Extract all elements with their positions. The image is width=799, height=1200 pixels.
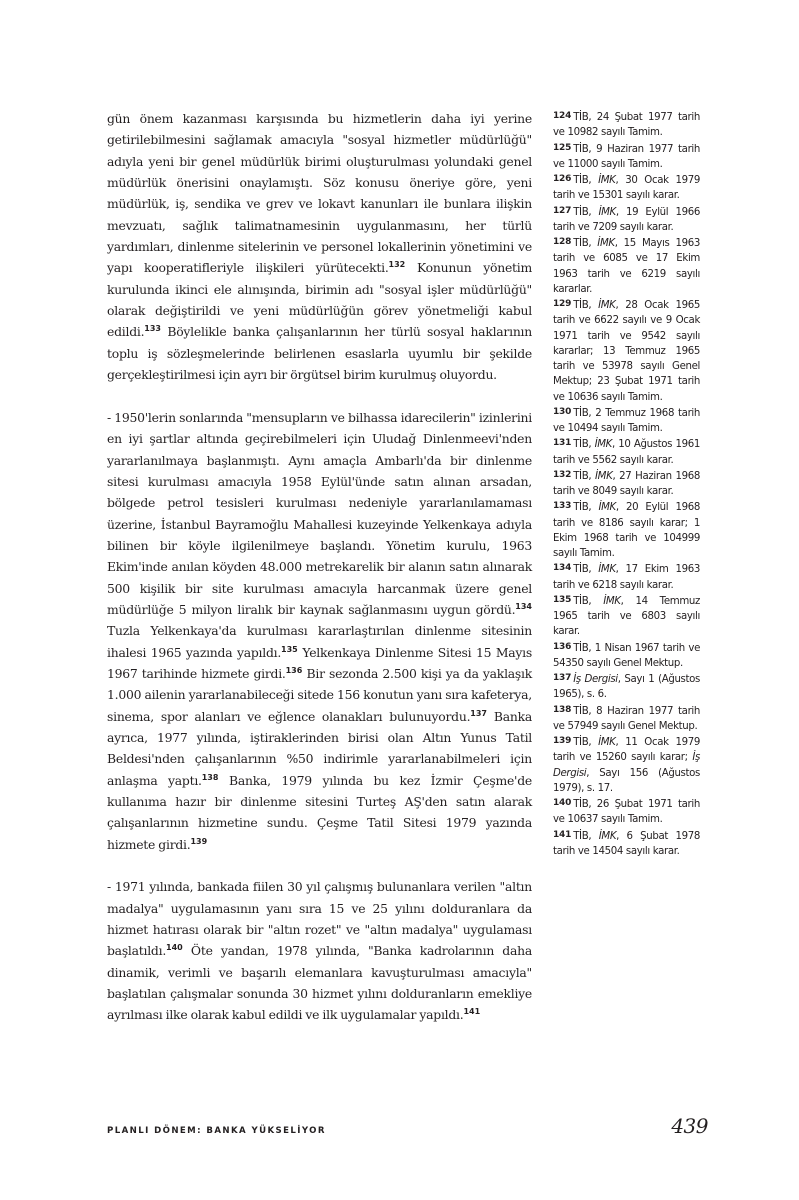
- footnote-italic-text: İMK: [598, 737, 615, 748]
- footnote-item: 124TİB, 24 Şubat 1977 tarih ve 10982 say…: [553, 109, 700, 141]
- footnote-italic-text: İMK: [595, 471, 612, 482]
- footnote-text: TİB,: [573, 564, 598, 575]
- footnote-number: 127: [553, 206, 571, 216]
- footnote-item: 132TİB, İMK, 27 Haziran 1968 tarih ve 80…: [553, 468, 700, 500]
- footnote-number: 141: [553, 830, 571, 840]
- footnote-number: 128: [553, 237, 571, 247]
- footnote-item: 137İş Dergisi, Sayı 1 (Ağustos 1965), s.…: [553, 671, 700, 703]
- footnote-number: 137: [553, 673, 571, 683]
- footnote-number: 129: [553, 299, 571, 309]
- footnote-number: 130: [553, 407, 571, 417]
- footnote-text: TİB,: [573, 831, 599, 842]
- body-paragraph: - 1971 yılında, bankada fiilen 30 yıl ça…: [107, 876, 532, 1025]
- footnote-item: 127TİB, İMK, 19 Eylül 1966 tarih ve 7209…: [553, 204, 700, 236]
- main-text-column: gün önem kazanması karşısında bu hizmetl…: [107, 108, 532, 1047]
- footnote-text: TİB, 26 Şubat 1971 tarih ve 10637 sayılı…: [553, 799, 700, 825]
- footnote-item: 135TİB, İMK, 14 Temmuz 1965 tarih ve 680…: [553, 593, 700, 640]
- footnote-number: 131: [553, 438, 571, 448]
- footnote-reference[interactable]: 137: [470, 709, 487, 718]
- footnote-item: 131TİB, İMK, 10 Ağustos 1961 tarih ve 55…: [553, 436, 700, 468]
- footnote-number: 132: [553, 470, 571, 480]
- footnote-number: 136: [553, 642, 571, 652]
- footnote-text: , 28 Ocak 1965 tarih ve 6622 sayılı ve 9…: [553, 300, 700, 403]
- footnotes-column: 124TİB, 24 Şubat 1977 tarih ve 10982 say…: [553, 109, 700, 859]
- footnote-item: 138TİB, 8 Haziran 1977 tarih ve 57949 sa…: [553, 703, 700, 735]
- footnote-italic-text: İMK: [598, 502, 615, 513]
- body-text: Böylelikle banka çalışanlarının her türl…: [107, 324, 532, 382]
- footnote-text: TİB,: [573, 596, 603, 607]
- footnote-item: 130TİB, 2 Temmuz 1968 tarih ve 10494 say…: [553, 405, 700, 437]
- footnote-text: TİB,: [573, 737, 598, 748]
- footnote-number: 125: [553, 143, 571, 153]
- footnote-italic-text: İMK: [598, 175, 615, 186]
- body-paragraph: gün önem kazanması karşısında bu hizmetl…: [107, 108, 532, 385]
- footnote-item: 128TİB, İMK, 15 Mayıs 1963 tarih ve 6085…: [553, 235, 700, 297]
- footnote-item: 136TİB, 1 Nisan 1967 tarih ve 54350 sayı…: [553, 640, 700, 672]
- footnote-text: TİB, 24 Şubat 1977 tarih ve 10982 sayılı…: [553, 112, 700, 138]
- footnote-italic-text: İMK: [599, 831, 616, 842]
- footnote-number: 138: [553, 705, 571, 715]
- footnote-reference[interactable]: 132: [389, 260, 406, 269]
- footnote-item: 125TİB, 9 Haziran 1977 tarih ve 11000 sa…: [553, 141, 700, 173]
- footnote-reference[interactable]: 140: [166, 943, 183, 952]
- footnote-reference[interactable]: 133: [144, 324, 161, 333]
- footnote-reference[interactable]: 139: [190, 837, 207, 846]
- footnote-number: 134: [553, 563, 571, 573]
- footnote-text: TİB, 1 Nisan 1967 tarih ve 54350 sayılı …: [553, 643, 700, 669]
- footnote-item: 141TİB, İMK, 6 Şubat 1978 tarih ve 14504…: [553, 828, 700, 860]
- footnote-text: TİB,: [573, 439, 594, 450]
- footnote-item: 129TİB, İMK, 28 Ocak 1965 tarih ve 6622 …: [553, 297, 700, 405]
- footnote-italic-text: İMK: [598, 207, 615, 218]
- footnote-number: 139: [553, 736, 571, 746]
- footnote-reference[interactable]: 141: [463, 1007, 480, 1016]
- footnote-text: TİB,: [573, 207, 598, 218]
- footnote-italic-text: İMK: [598, 564, 615, 575]
- footnote-item: 134TİB, İMK, 17 Ekim 1963 tarih ve 6218 …: [553, 561, 700, 593]
- footnote-text: TİB, 2 Temmuz 1968 tarih ve 10494 sayılı…: [553, 408, 700, 434]
- footnote-number: 133: [553, 501, 571, 511]
- footnote-text: TİB, 8 Haziran 1977 tarih ve 57949 sayıl…: [553, 706, 700, 732]
- footnote-item: 139TİB, İMK, 11 Ocak 1979 tarih ve 15260…: [553, 734, 700, 796]
- footnote-number: 135: [553, 595, 571, 605]
- footnote-italic-text: İş Dergisi: [573, 674, 618, 685]
- footnote-item: 140TİB, 26 Şubat 1971 tarih ve 10637 say…: [553, 796, 700, 828]
- footnote-italic-text: İMK: [595, 439, 612, 450]
- footnote-reference[interactable]: 135: [281, 645, 298, 654]
- footnote-text: TİB,: [573, 502, 598, 513]
- footnote-item: 126TİB, İMK, 30 Ocak 1979 tarih ve 15301…: [553, 172, 700, 204]
- footnote-text: TİB,: [573, 300, 598, 311]
- running-footer-title: PLANLI DÖNEM: BANKA YÜKSELİYOR: [107, 1126, 326, 1136]
- footnote-number: 126: [553, 174, 571, 184]
- footnote-text: TİB,: [573, 471, 595, 482]
- footnote-reference[interactable]: 134: [515, 602, 532, 611]
- footnote-item: 133TİB, İMK, 20 Eylül 1968 tarih ve 8186…: [553, 499, 700, 561]
- footnote-text: TİB,: [573, 238, 597, 249]
- page-number: 439: [668, 1114, 708, 1138]
- footnote-italic-text: İMK: [598, 300, 615, 311]
- footnote-text: TİB,: [573, 175, 598, 186]
- body-text: gün önem kazanması karşısında bu hizmetl…: [107, 111, 532, 275]
- body-text: - 1950'lerin sonlarında "mensupların ve …: [107, 410, 532, 617]
- footnote-reference[interactable]: 136: [286, 666, 303, 675]
- footnote-italic-text: İMK: [603, 596, 620, 607]
- footnote-reference[interactable]: 138: [202, 773, 219, 782]
- footnote-number: 140: [553, 798, 571, 808]
- footnote-italic-text: İMK: [597, 238, 614, 249]
- footnote-text: TİB, 9 Haziran 1977 tarih ve 11000 sayıl…: [553, 144, 700, 170]
- body-paragraph: - 1950'lerin sonlarında "mensupların ve …: [107, 407, 532, 855]
- footnote-number: 124: [553, 111, 571, 121]
